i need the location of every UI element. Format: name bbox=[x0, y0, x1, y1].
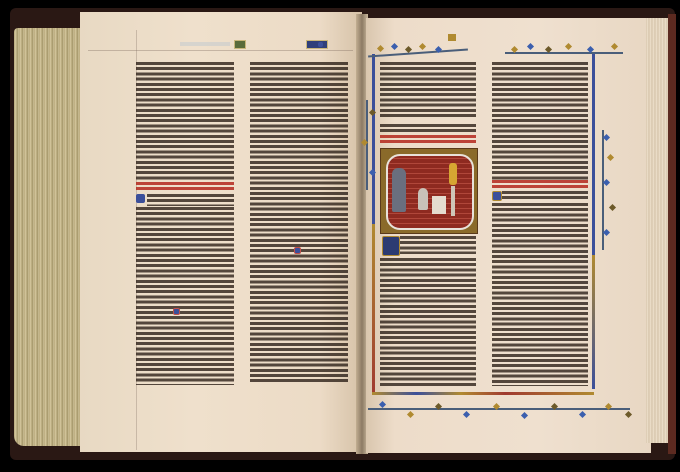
right-page-edges bbox=[646, 18, 670, 443]
paragraph-mark bbox=[173, 308, 180, 315]
historiated-initial bbox=[382, 236, 400, 256]
text-column bbox=[136, 207, 234, 385]
text-column bbox=[136, 62, 234, 180]
binding-edge bbox=[668, 14, 676, 454]
left-page-edges bbox=[14, 28, 86, 446]
text-column bbox=[250, 62, 348, 384]
rubric-heading bbox=[380, 135, 476, 145]
column-pillar bbox=[451, 186, 455, 216]
text-column bbox=[380, 124, 476, 132]
border-bar-bottom bbox=[372, 392, 594, 395]
initial-letter-q bbox=[136, 194, 145, 203]
soldiers-figures bbox=[392, 168, 406, 212]
paragraph-mark bbox=[318, 42, 323, 47]
golden-idol bbox=[449, 163, 457, 185]
kneeling-figure bbox=[418, 188, 428, 210]
folio-heading-mark bbox=[306, 40, 328, 49]
initial-letter bbox=[492, 191, 502, 201]
folio-heading-mark bbox=[448, 34, 456, 41]
ivy-vine-left-margin bbox=[366, 100, 368, 190]
rubric-heading bbox=[136, 182, 234, 192]
text-column bbox=[400, 236, 476, 254]
text-column bbox=[492, 203, 588, 386]
heading-wash bbox=[180, 42, 230, 46]
text-column bbox=[380, 258, 476, 388]
border-bar-left bbox=[372, 54, 375, 394]
text-column bbox=[492, 62, 588, 180]
rubric-heading bbox=[492, 180, 588, 190]
ruling-line bbox=[88, 50, 353, 51]
folio-heading-mark bbox=[234, 40, 246, 49]
border-bar-right bbox=[592, 54, 595, 389]
ivy-vine-top-right bbox=[505, 52, 623, 54]
ivy-vine-bottom bbox=[368, 408, 630, 410]
text-column bbox=[380, 62, 476, 118]
paragraph-mark bbox=[294, 247, 301, 254]
altar bbox=[432, 196, 446, 214]
text-column bbox=[502, 191, 588, 201]
text-column bbox=[147, 194, 234, 206]
